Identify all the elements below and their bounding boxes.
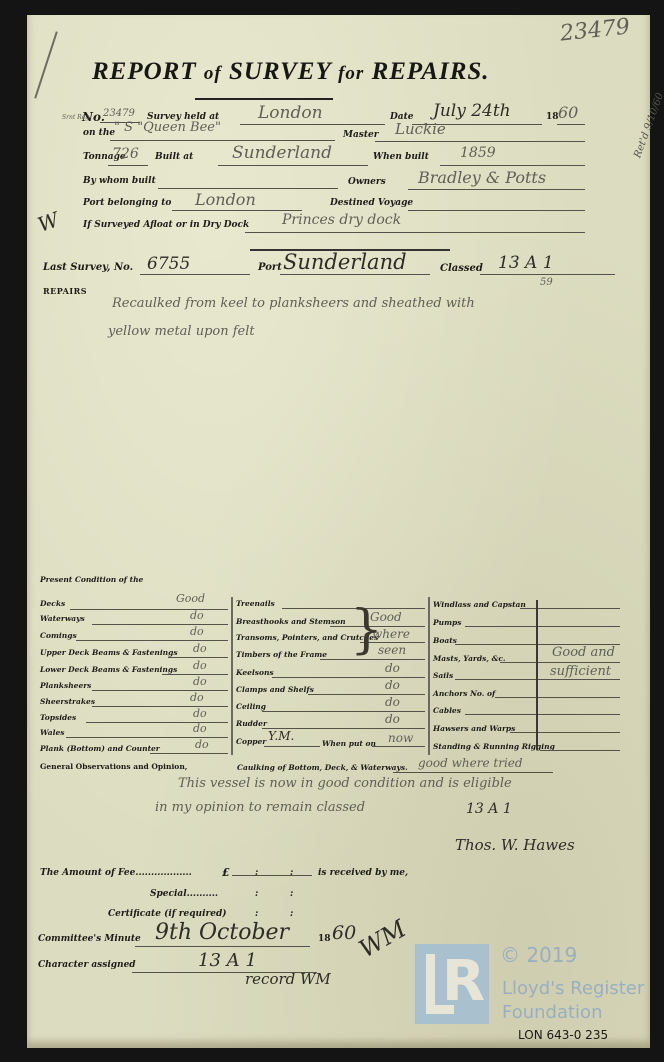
certificate-colon: :	[255, 909, 258, 919]
repairs-line-2: yellow metal upon felt	[108, 324, 255, 339]
condition-label: Plank (Bottom) and Counter	[40, 744, 160, 753]
tonnage-value: 726	[112, 146, 139, 162]
committee-year-prefix: 18	[318, 934, 331, 944]
condition-label: Breasthooks and Stemson	[236, 617, 346, 626]
observations-line-1: This vessel is now in good condition and…	[178, 776, 512, 791]
master-label: Master	[343, 130, 379, 140]
condition-label: Copper	[236, 737, 266, 746]
record-note: record WM	[245, 970, 331, 988]
condition-label: Hawsers and Warps	[433, 724, 515, 733]
condition-label: Decks	[40, 599, 65, 608]
lr-logo: R	[415, 944, 489, 1024]
no-value: 23479	[103, 108, 135, 119]
condition-value: do	[385, 661, 400, 675]
voyage-label: Destined Voyage	[330, 198, 413, 208]
classed-label: Classed	[440, 263, 483, 274]
caulking-label: Caulking of Bottom, Deck, & Waterways.	[237, 763, 408, 772]
title-rule	[195, 98, 333, 100]
by-whom-label: By whom built	[83, 176, 156, 186]
last-survey-port-value: Sunderland	[283, 250, 407, 274]
condition-value: Good and	[552, 645, 615, 660]
condition-value: now	[388, 731, 413, 745]
condition-value: Good	[176, 592, 205, 605]
condition-value: do	[190, 691, 204, 704]
condition-value: do	[190, 609, 204, 622]
archive-reference: LON 643-0 235	[518, 1028, 608, 1042]
fee-received-label: is received by me,	[318, 868, 408, 878]
condition-label: Clamps and Shelfs	[236, 685, 314, 694]
brace-icon: }	[350, 600, 383, 660]
condition-value: do	[193, 675, 207, 688]
date-value: July 24th	[433, 101, 511, 121]
certificate-colon: :	[290, 909, 293, 919]
condition-value: do	[385, 678, 400, 692]
condition-label: Rudder	[236, 719, 267, 728]
condition-value: do	[385, 695, 400, 709]
condition-label: Comings	[40, 631, 77, 640]
watermark-copyright: © 2019	[500, 943, 577, 967]
condition-value: Y.M.	[268, 729, 294, 743]
afloat-value: Princes dry dock	[282, 212, 401, 228]
committee-minute-value: 9th October	[155, 920, 289, 945]
special-colon: :	[255, 889, 258, 899]
condition-label: Waterways	[40, 614, 85, 623]
classed-subscript: 59	[540, 277, 553, 288]
watermark-org-line-2: Foundation	[502, 1002, 602, 1023]
year-value: 60	[558, 103, 578, 122]
condition-label: Upper Deck Beams & Fastenings	[40, 648, 178, 657]
committee-year-value: 60	[332, 922, 356, 944]
repairs-line-1: Recaulked from keel to planksheers and s…	[112, 296, 475, 311]
condition-label: Boats	[433, 636, 457, 645]
condition-heading: Present Condition of the	[40, 575, 143, 584]
owners-label: Owners	[348, 177, 386, 187]
condition-value: do	[193, 722, 207, 735]
character-value: 13 A 1	[198, 950, 257, 971]
condition-label: Planksheers	[40, 681, 91, 690]
built-at-label: Built at	[155, 152, 193, 162]
condition-value: do	[193, 707, 207, 720]
condition-label: Sheerstrakes	[40, 697, 95, 706]
fee-label: The Amount of Fee..................	[40, 868, 192, 878]
condition-label: Timbers of the Frame	[236, 650, 327, 659]
column-divider	[428, 597, 430, 755]
opinion-class-mark: 13 A 1	[466, 801, 512, 817]
condition-label: Topsides	[40, 713, 76, 722]
master-value: Luckie	[395, 120, 446, 138]
condition-label: Wales	[40, 728, 64, 737]
when-built-label: When built	[373, 152, 429, 162]
certificate-label: Certificate (if required)	[108, 909, 227, 919]
fee-colon: :	[290, 868, 293, 878]
condition-label: Masts, Yards, &c.	[433, 654, 506, 663]
caulking-value: good where tried	[418, 756, 523, 770]
condition-label: Lower Deck Beams & Fastenings	[40, 665, 177, 674]
afloat-label: If Surveyed Afloat or in Dry Dock	[83, 220, 249, 230]
condition-label: Anchors No. of	[433, 689, 495, 698]
on-the-label: on the	[83, 128, 115, 138]
owners-value: Bradley & Potts	[418, 168, 546, 187]
surveyor-signature: Thos. W. Hawes	[455, 836, 575, 854]
condition-label: Pumps	[433, 618, 462, 627]
watermark-org-line-1: Lloyd's Register	[502, 978, 644, 999]
condition-label: Ceiling	[236, 702, 266, 711]
vessel-name: " S "Queen Bee"	[114, 120, 221, 135]
last-survey-value: 6755	[147, 254, 190, 274]
condition-value: do	[195, 738, 209, 751]
classed-value: 13 A 1	[498, 253, 554, 273]
observations-label: General Observations and Opinion,	[40, 762, 187, 771]
fee-colon: :	[255, 868, 258, 878]
condition-value: do	[385, 712, 400, 726]
survey-held-value: London	[258, 103, 323, 123]
condition-value: do	[190, 625, 204, 638]
condition-label: Sails	[433, 671, 453, 680]
margin-note: Srnt Reg	[62, 114, 89, 121]
last-survey-label: Last Survey, No.	[43, 262, 133, 273]
column-divider	[231, 597, 233, 755]
special-label: Special..........	[150, 889, 218, 899]
pound-sign: £	[222, 866, 230, 879]
when-built-value: 1859	[460, 145, 496, 161]
condition-value: do	[193, 642, 207, 655]
character-label: Character assigned	[38, 960, 136, 970]
repairs-label: REPAIRS	[43, 286, 87, 296]
built-at-value: Sunderland	[232, 143, 332, 163]
condition-value: sufficient	[550, 664, 611, 679]
brace-line	[536, 600, 538, 750]
special-colon: :	[290, 889, 293, 899]
condition-label: Windlass and Capstan	[433, 600, 526, 609]
port-value: London	[195, 190, 256, 209]
condition-label: When put on	[322, 739, 376, 748]
year-prefix: 18	[546, 112, 559, 122]
condition-label: Cables	[433, 706, 461, 715]
condition-label: Treenails	[236, 599, 275, 608]
port-label: Port belonging to	[83, 198, 171, 208]
survey-document	[27, 15, 650, 1048]
condition-label: Keelsons	[236, 668, 274, 677]
observations-line-2: in my opinion to remain classed	[155, 800, 365, 815]
last-survey-port-label: Port	[258, 262, 282, 273]
page-title: REPORT of SURVEY for REPAIRS.	[92, 58, 490, 86]
committee-minute-label: Committee's Minute	[38, 934, 141, 944]
condition-value: do	[193, 659, 207, 672]
